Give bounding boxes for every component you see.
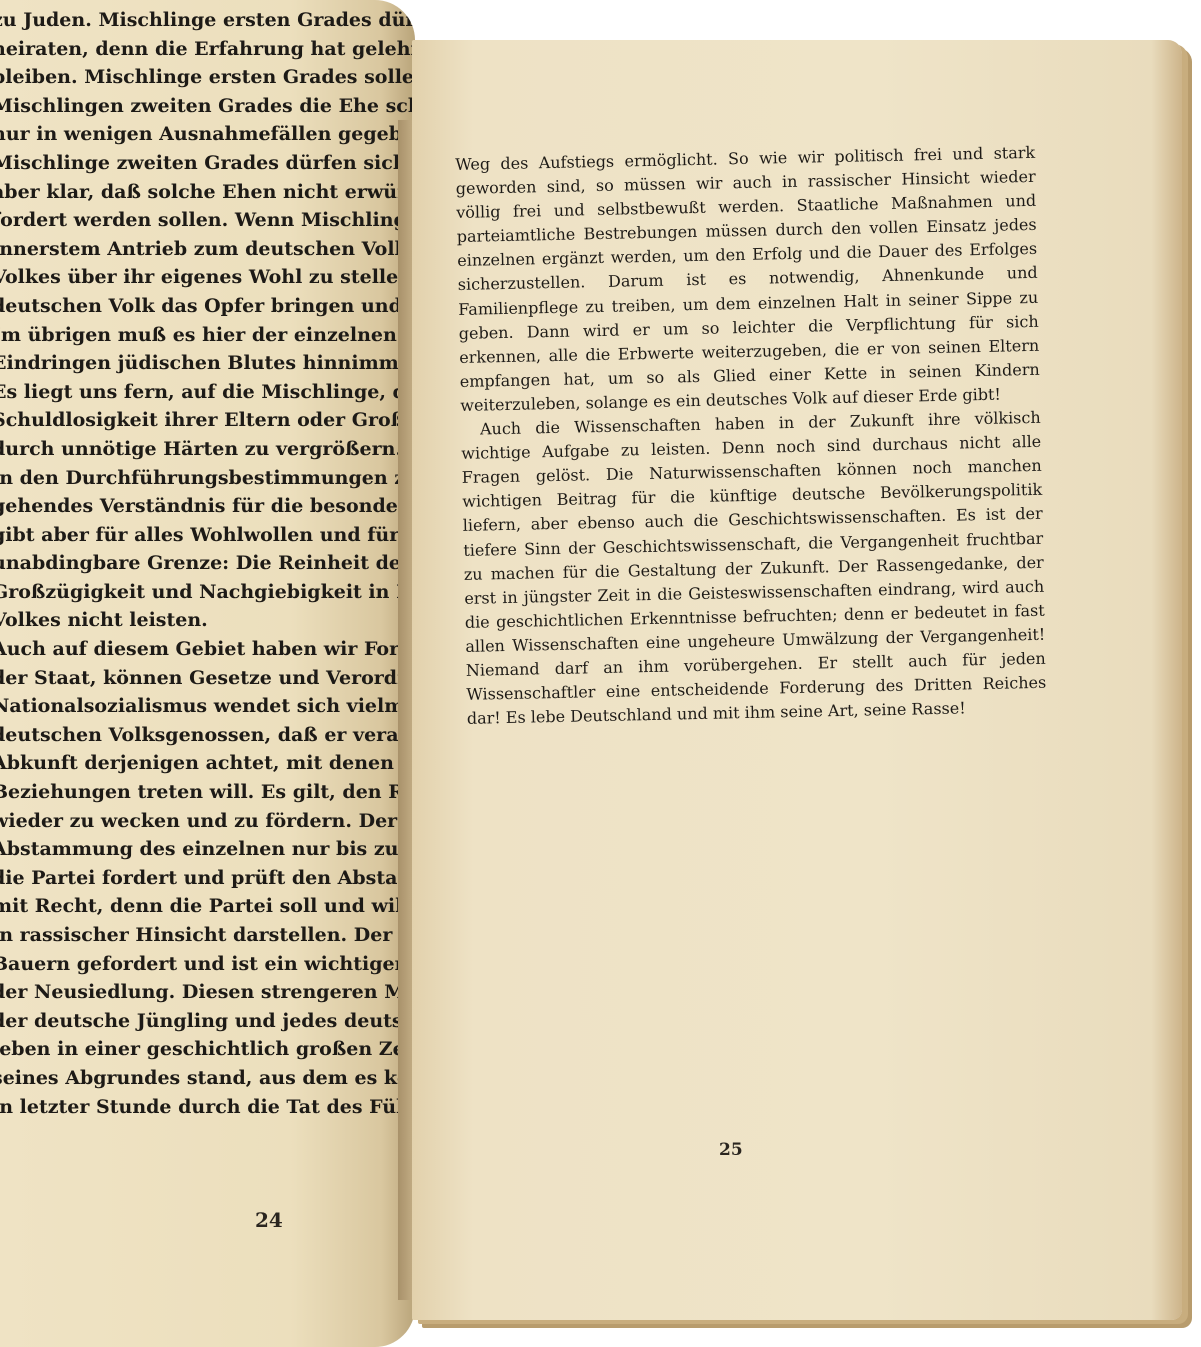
- text-line: Beziehungen treten will. Es gilt, den Ra…: [0, 778, 415, 807]
- text-line: fordert werden sollen. Wenn Mischlinge z…: [0, 206, 415, 235]
- text-line: Es liegt uns fern, auf die Mischlinge, d…: [0, 378, 415, 407]
- paragraph: Auch die Wissenschaften haben in der Zuk…: [461, 406, 1047, 731]
- text-line: in den Durchführungsbestimmungen zum Blu…: [0, 464, 415, 493]
- text-line: Schuldlosigkeit ihrer Eltern oder Großel…: [0, 406, 415, 435]
- text-line: Mischlingen zweiten Grades die Ehe schli…: [0, 92, 415, 121]
- text-line: Abkunft derjenigen achtet, mit denen er …: [0, 749, 415, 778]
- text-line: gibt aber für alles Wohlwollen und für j…: [0, 521, 415, 550]
- text-line: zu Juden. Mischlinge ersten Grades dürfe…: [0, 6, 415, 35]
- text-line: mit Recht, denn die Partei soll und will…: [0, 892, 415, 921]
- text-line: Großzügigkeit und Nachgiebigkeit in Rass…: [0, 578, 415, 607]
- left-page-number: 24: [255, 1208, 283, 1232]
- text-line: Eindringen jüdischen Blutes hinnimmt.: [0, 349, 415, 378]
- text-line: innerstem Antrieb zum deutschen Volkstum…: [0, 235, 415, 264]
- text-line: der deutsche Jüngling und jedes deutsche…: [0, 1007, 415, 1036]
- text-line: deutschen Volksgenossen, daß er verantwo…: [0, 721, 415, 750]
- text-line: die Partei fordert und prüft den Abstamm…: [0, 864, 415, 893]
- left-page-text: zu Juden. Mischlinge ersten Grades dürfe…: [0, 6, 415, 1121]
- text-line: durch unnötige Härten zu vergrößern. Der…: [0, 435, 415, 464]
- text-line: Abstammung des einzelnen nur bis zu den …: [0, 835, 415, 864]
- text-line: der Staat, können Gesetze und Verordnung…: [0, 664, 415, 693]
- left-page: zu Juden. Mischlinge ersten Grades dürfe…: [0, 0, 415, 1347]
- text-line: leben in einer geschichtlich großen Zeit…: [0, 1035, 415, 1064]
- text-line: gehendes Verständnis für die besondere L…: [0, 492, 415, 521]
- text-line: heiraten, denn die Erfahrung hat gelehrt…: [0, 35, 415, 64]
- text-line: in rassischer Hinsicht darstellen. Der g…: [0, 921, 415, 950]
- text-line: aber klar, daß solche Ehen nicht erwünsc…: [0, 178, 415, 207]
- right-page-number: 25: [719, 1140, 743, 1160]
- text-line: Im übrigen muß es hier der einzelnen Sip…: [0, 321, 415, 350]
- text-line: Auch auf diesem Gebiet haben wir Forderu…: [0, 635, 415, 664]
- text-line: Bauern gefordert und ist ein wichtiger M…: [0, 950, 415, 979]
- text-line: Volkes nicht leisten.: [0, 606, 415, 635]
- paragraph: Weg des Aufstiegs ermöglicht. So wie wir…: [455, 141, 1040, 418]
- text-line: bleiben. Mischlinge ersten Grades sollen…: [0, 63, 415, 92]
- text-line: der Neusiedlung. Diesen strengeren Maßst…: [0, 978, 415, 1007]
- text-line: wieder zu wecken und zu fördern. Der Sta…: [0, 807, 415, 836]
- open-book: zu Juden. Mischlinge ersten Grades dürfe…: [0, 0, 1201, 1347]
- right-page: Weg des Aufstiegs ermöglicht. So wie wir…: [412, 40, 1182, 1320]
- text-line: deutschen Volk das Opfer bringen und led…: [0, 292, 415, 321]
- text-line: Mischlinge zweiten Grades dürfen sich mi…: [0, 149, 415, 178]
- right-page-text: Weg des Aufstiegs ermöglicht. So wie wir…: [455, 141, 1047, 731]
- text-line: Volkes über ihr eigenes Wohl zu stellen …: [0, 263, 415, 292]
- text-line: nur in wenigen Ausnahmefällen gegeben.: [0, 120, 415, 149]
- text-line: in letzter Stunde durch die Tat des Führ…: [0, 1093, 415, 1122]
- text-line: seines Abgrundes stand, aus dem es kein …: [0, 1064, 415, 1093]
- text-line: Nationalsozialismus wendet sich vielmehr…: [0, 692, 415, 721]
- text-line: unabdingbare Grenze: Die Reinheit des de…: [0, 549, 415, 578]
